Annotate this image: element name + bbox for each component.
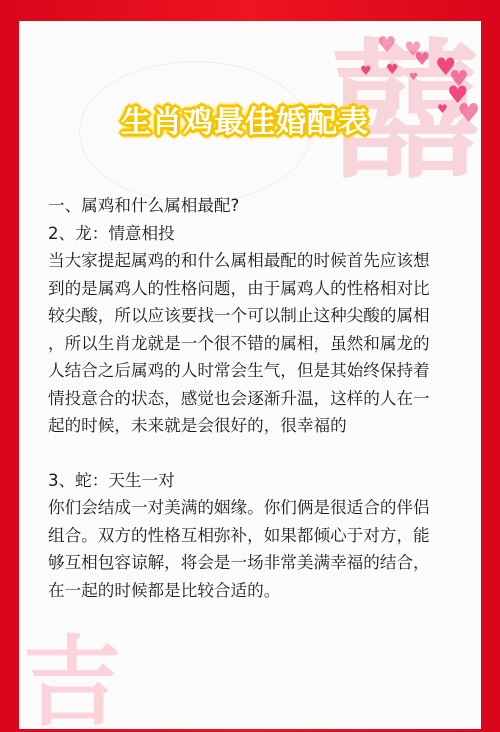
- heart-icon: ♥: [457, 101, 480, 127]
- dragon-line: 起的时候，未来就是会很好的，很幸福的: [48, 412, 458, 440]
- dragon-heading: 2、龙：情意相投: [48, 220, 458, 248]
- snake-line: 组合。双方的性格互相弥补，如果都倾心于对方，能: [48, 522, 458, 550]
- page-title: 生肖鸡最佳婚配表: [95, 97, 395, 141]
- dragon-line: 当大家提起属鸡的和什么属相最配的时候首先应该想: [48, 247, 458, 275]
- dragon-line: 情投意合的状态，感觉也会逐渐升温，这样的人在一: [48, 385, 458, 413]
- heart-icon: ♥: [377, 35, 397, 57]
- article-body: 一、属鸡和什么属相最配? 2、龙：情意相投 当大家提起属鸡的和什么属相最配的时候…: [48, 192, 458, 604]
- auspicious-char-decoration: 吉: [23, 628, 123, 729]
- snake-heading: 3、蛇：天生一对: [48, 467, 458, 495]
- content-panel: 囍 吉 ♥ ♥ ♥ ♥ ♥ ♥ ♥ ♥ ♥ ♥ ♥ 生肖鸡最佳婚配表 一、属鸡和…: [19, 21, 481, 729]
- snake-line: 够互相包容谅解，将会是一场非常美满幸福的结合，: [48, 549, 458, 577]
- heart-icon: ♥: [437, 103, 448, 115]
- heart-icon: ♥: [386, 63, 399, 77]
- dragon-line: 较尖酸，所以应该要找一个可以制止这种尖酸的属相: [48, 302, 458, 330]
- snake-line: 你们会结成一对美满的姻缘。你们俩是很适合的伴侣: [48, 494, 458, 522]
- heart-icon: ♥: [360, 65, 372, 78]
- snake-line: 在一起的时候都是比较合适的。: [48, 577, 458, 605]
- heart-icon: ♥: [414, 51, 430, 69]
- dragon-line: 人结合之后属鸡的人时常会生气，但是其始终保持着: [48, 357, 458, 385]
- dragon-line: ，所以生肖龙就是一个很不错的属相，虽然和属龙的: [48, 330, 458, 358]
- dragon-line: 到的是属鸡人的性格问题，由于属鸡人的性格相对比: [48, 275, 458, 303]
- section-question: 一、属鸡和什么属相最配?: [48, 192, 458, 220]
- paragraph-gap: [48, 440, 458, 467]
- heart-icon: ♥: [409, 73, 418, 83]
